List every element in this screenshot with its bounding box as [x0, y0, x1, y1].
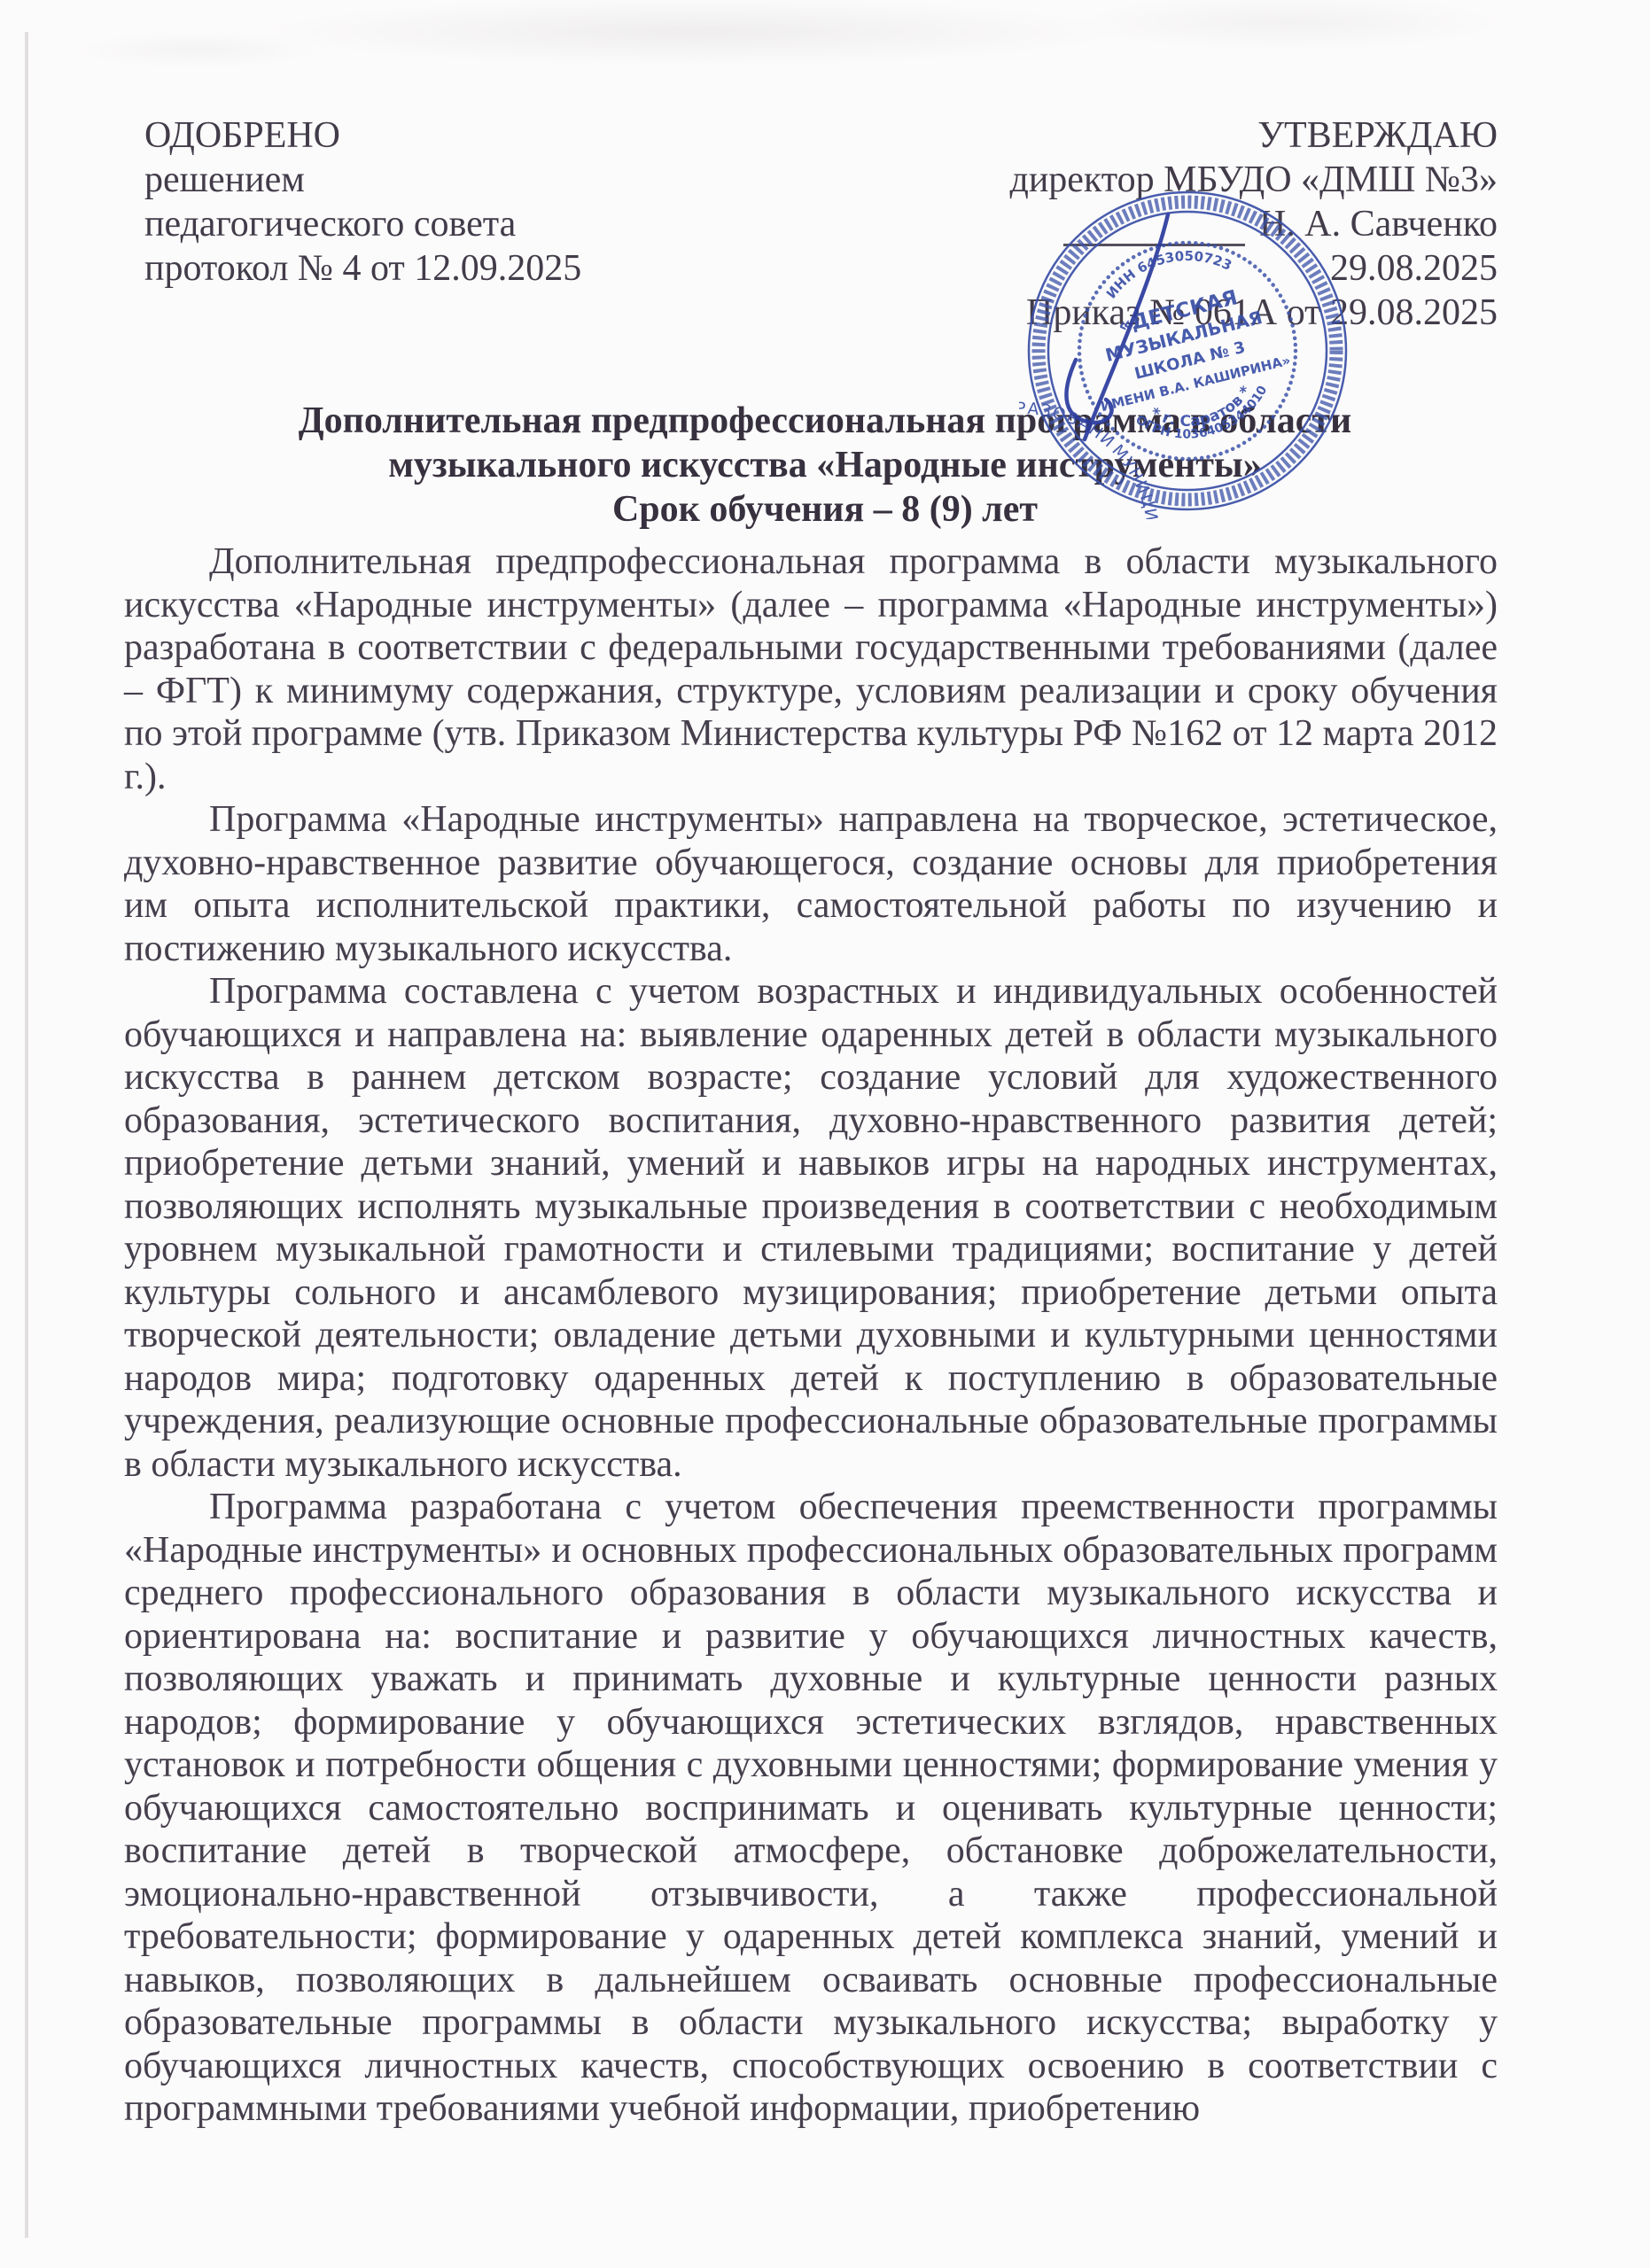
document-title: Дополнительная предпрофессиональная прог…: [0, 399, 1650, 532]
approval-heading: УТВЕРЖДАЮ: [1009, 113, 1498, 158]
document-body: Дополнительная предпрофессиональная прог…: [0, 532, 1650, 2131]
approved-line: протокол № 4 от 12.09.2025: [144, 246, 581, 291]
signature-name: Н. А. Савченко: [1259, 204, 1498, 245]
title-line-3: Срок обучения – 8 (9) лет: [124, 487, 1526, 532]
title-line-2: музыкального искусства «Народные инструм…: [124, 443, 1526, 487]
approved-line: решением: [144, 158, 581, 202]
approved-heading: ОДОБРЕНО: [144, 113, 581, 158]
title-line-1: Дополнительная предпрофессиональная прог…: [124, 399, 1526, 443]
approved-line: педагогического совета: [144, 202, 581, 246]
paragraph-1: Дополнительная предпрофессиональная прог…: [124, 540, 1498, 798]
signature-line: [1063, 211, 1245, 246]
document-page: ОДОБРЕНО решением педагогического совета…: [0, 0, 1650, 2268]
approval-date: 29.08.2025: [1009, 246, 1498, 291]
approval-director-line: директор МБУДО «ДМШ №3»: [1009, 158, 1498, 202]
approved-block: ОДОБРЕНО решением педагогического совета…: [144, 113, 581, 291]
signature-row: Н. А. Савченко: [1009, 202, 1498, 246]
paragraph-4: Программа разработана с учетом обеспечен…: [124, 1486, 1498, 2131]
paragraph-2: Программа «Народные инструменты» направл…: [124, 798, 1498, 970]
scan-edge-line: [25, 32, 28, 2238]
header: ОДОБРЕНО решением педагогического совета…: [0, 0, 1650, 335]
approval-order: Приказ № 061А от 29.08.2025: [1009, 291, 1498, 335]
approval-block: УТВЕРЖДАЮ директор МБУДО «ДМШ №3» Н. А. …: [1009, 113, 1498, 335]
stamp-center-line-3: ШКОЛА № 3: [1132, 338, 1247, 384]
paragraph-3: Программа составлена с учетом возрастных…: [124, 970, 1498, 1486]
